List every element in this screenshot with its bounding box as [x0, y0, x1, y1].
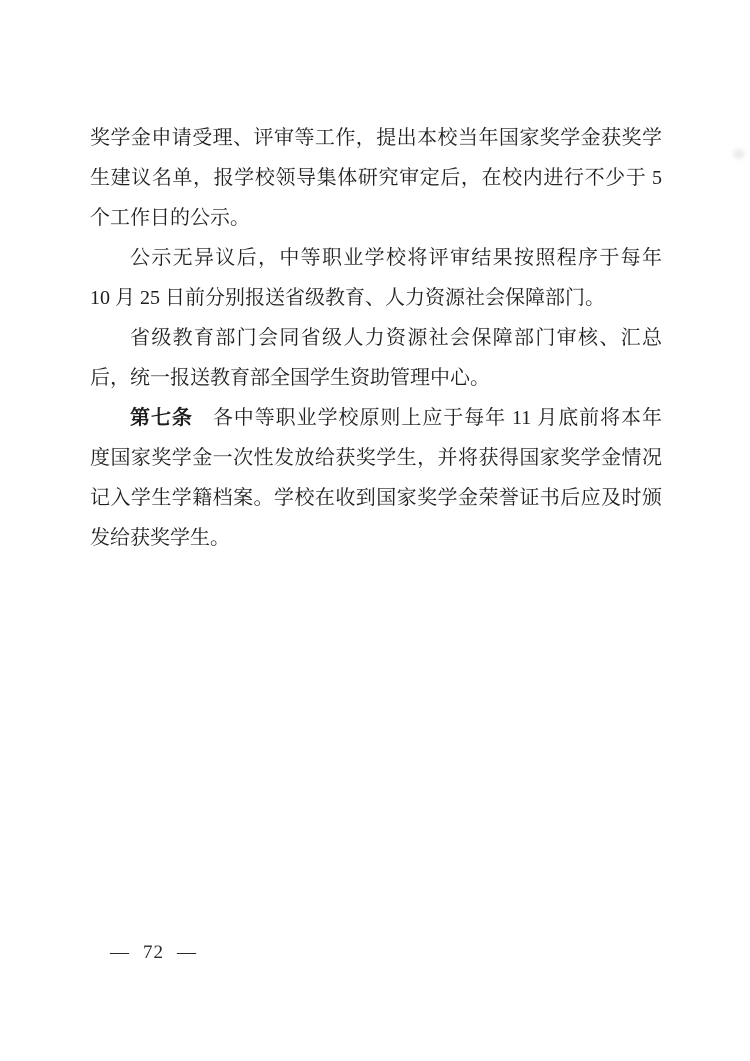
page-number: 72 [143, 942, 164, 964]
document-body: 奖学金申请受理、评审等工作，提出本校当年国家奖学金获奖学 生建议名单，报学校领导… [90, 118, 662, 558]
footer-dash-left: — [110, 942, 130, 964]
text-line: 后，统一报送教育部全国学生资助管理中心。 [90, 358, 662, 398]
text-line: 公示无异议后，中等职业学校将评审结果按照程序于每年 [90, 238, 662, 278]
text-line: 10 月 25 日前分别报送省级教育、人力资源社会保障部门。 [90, 278, 662, 318]
scan-artifact [733, 149, 745, 159]
text-line: 个工作日的公示。 [90, 198, 662, 238]
article-seven-label: 第七条 [130, 407, 193, 429]
text-line: 生建议名单，报学校领导集体研究审定后，在校内进行不少于 5 [90, 158, 662, 198]
text-line: 省级教育部门会同省级人力资源社会保障部门审核、汇总 [90, 318, 662, 358]
text-line: 记入学生学籍档案。学校在收到国家奖学金荣誉证书后应及时颁 [90, 478, 662, 518]
footer-dash-right: — [177, 942, 197, 964]
text-line: 奖学金申请受理、评审等工作，提出本校当年国家奖学金获奖学 [90, 118, 662, 158]
text-line: 发给获奖学生。 [90, 518, 662, 558]
page-footer: — 72 — [110, 941, 197, 965]
text-line: 度国家奖学金一次性发放给获奖学生，并将获得国家奖学金情况 [90, 438, 662, 478]
document-page: 奖学金申请受理、评审等工作，提出本校当年国家奖学金获奖学 生建议名单，报学校领导… [0, 0, 750, 1061]
article-seven-text: 各中等职业学校原则上应于每年 11 月底前将本年 [213, 407, 662, 429]
text-line: 第七条各中等职业学校原则上应于每年 11 月底前将本年 [90, 398, 662, 438]
